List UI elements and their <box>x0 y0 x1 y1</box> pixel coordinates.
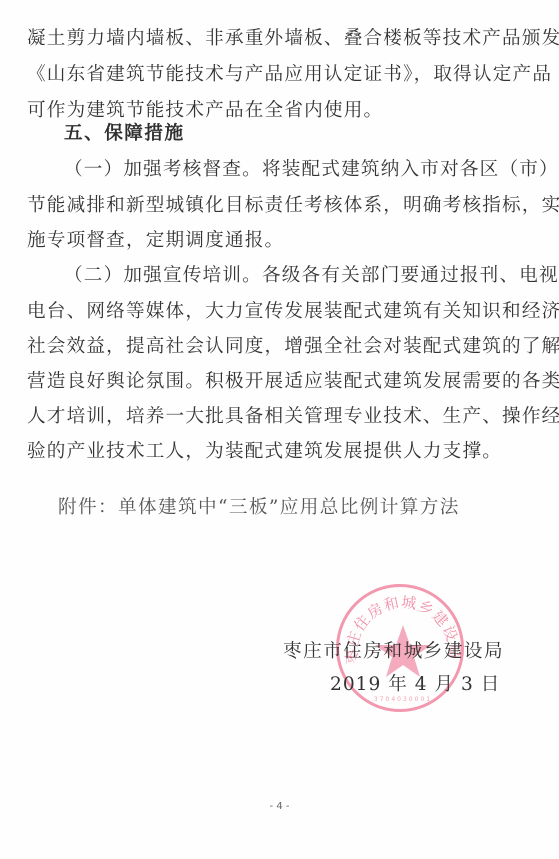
attachment-note: 附件：单体建筑中“三板”应用总比例计算方法 <box>58 496 460 520</box>
measure-2-line-2: 电台、网络等媒体，大力宣传发展装配式建筑有关知识和经济 <box>27 300 537 324</box>
measure-2-line-3: 社会效益，提高社会认同度，增强全社会对装配式建筑的了解， <box>27 335 537 359</box>
signing-date: 2019 年 4 月 3 日 <box>330 673 500 697</box>
intro-line-3: 可作为建筑节能技术产品在全省内使用。 <box>27 99 537 123</box>
measure-2-line-6: 验的产业技术工人，为装配式建筑发展提供人力支撑。 <box>27 440 537 464</box>
intro-line-1: 凝土剪力墙内墙板、非承重外墙板、叠合楼板等技术产品颁发 <box>27 27 537 51</box>
section-heading: 五、保障措施 <box>64 122 185 146</box>
measure-1-line-1: （一）加强考核督查。将装配式建筑纳入市对各区（市） <box>64 158 537 182</box>
svg-text:3704030001: 3704030001 <box>374 696 432 703</box>
measure-2-line-4: 营造良好舆论氛围。积极开展适应装配式建筑发展需要的各类 <box>27 370 537 394</box>
measure-1-line-3: 施专项督查，定期调度通报。 <box>27 229 537 253</box>
measure-2-line-5: 人才培训，培养一大批具备相关管理专业技术、生产、操作经 <box>27 405 537 429</box>
document-page: 凝土剪力墙内墙板、非承重外墙板、叠合楼板等技术产品颁发 《山东省建筑节能技术与产… <box>0 0 559 859</box>
signer-organization: 枣庄市住房和城乡建设局 <box>283 640 504 664</box>
page-number: - 4 - <box>0 801 559 812</box>
measure-1-line-2: 节能减排和新型城镇化目标责任考核体系，明确考核指标，实 <box>27 194 537 218</box>
intro-line-2: 《山东省建筑节能技术与产品应用认定证书》，取得认定产品 <box>27 63 537 87</box>
measure-2-line-1: （二）加强宣传培训。各级各有关部门要通过报刊、电视、 <box>64 264 537 288</box>
